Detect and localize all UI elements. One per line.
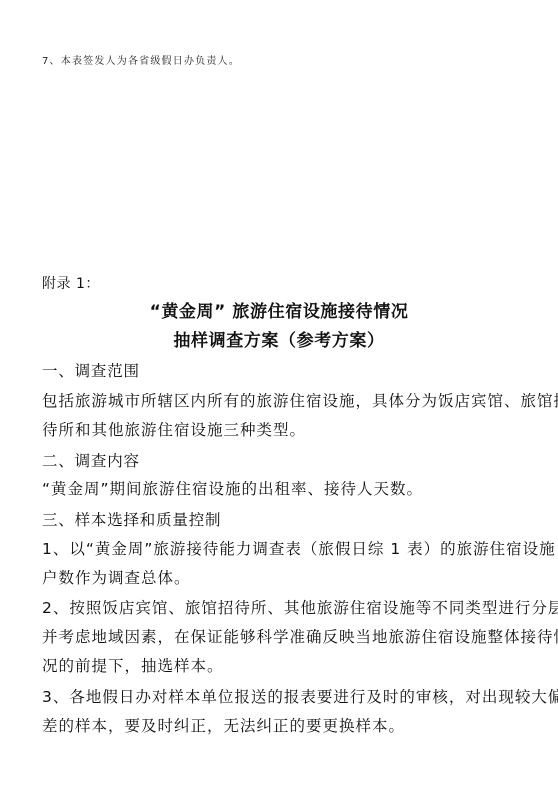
paragraph-line: 并考虑地域因素，在保证能够科学准确反映当地旅游住宿设施整体接待情 — [42, 627, 558, 647]
paragraph-line: 2、按照饭店宾馆、旅馆招待所、其他旅游住宿设施等不同类型进行分层， — [42, 598, 558, 618]
note-line: 7、本表签发人为各省级假日办负责人。 — [42, 52, 240, 72]
paragraph-line: 况的前提下，抽选样本。 — [42, 656, 224, 676]
appendix-label: 附录 1： — [42, 274, 100, 294]
paragraph-line: 户数作为调查总体。 — [42, 568, 191, 588]
section-heading-scope: 一、调查范围 — [42, 361, 140, 381]
paragraph-line: 1、以“黄金周”旅游接待能力调查表（旅假日综 1 表）的旅游住宿设施 — [42, 539, 556, 559]
paragraph-line: 3、各地假日办对样本单位报送的报表要进行及时的审核，对出现较大偏 — [42, 687, 558, 707]
section-heading-content: 二、调查内容 — [42, 451, 140, 471]
document-title-line-1: “黄金周” 旅游住宿设施接待情况 — [0, 302, 558, 322]
document-title-line-2: 抽样调查方案（参考方案） — [0, 331, 558, 351]
paragraph-line: 待所和其他旅游住宿设施三种类型。 — [42, 420, 306, 440]
paragraph-line: “黄金周”期间旅游住宿设施的出租率、接待人天数。 — [42, 479, 423, 499]
paragraph-line: 包括旅游城市所辖区内所有的旅游住宿设施，具体分为饭店宾馆、旅馆招 — [42, 391, 558, 411]
section-heading-sampling: 三、样本选择和质量控制 — [42, 510, 221, 530]
paragraph-line: 差的样本，要及时纠正，无法纠正的要更换样本。 — [42, 716, 405, 736]
